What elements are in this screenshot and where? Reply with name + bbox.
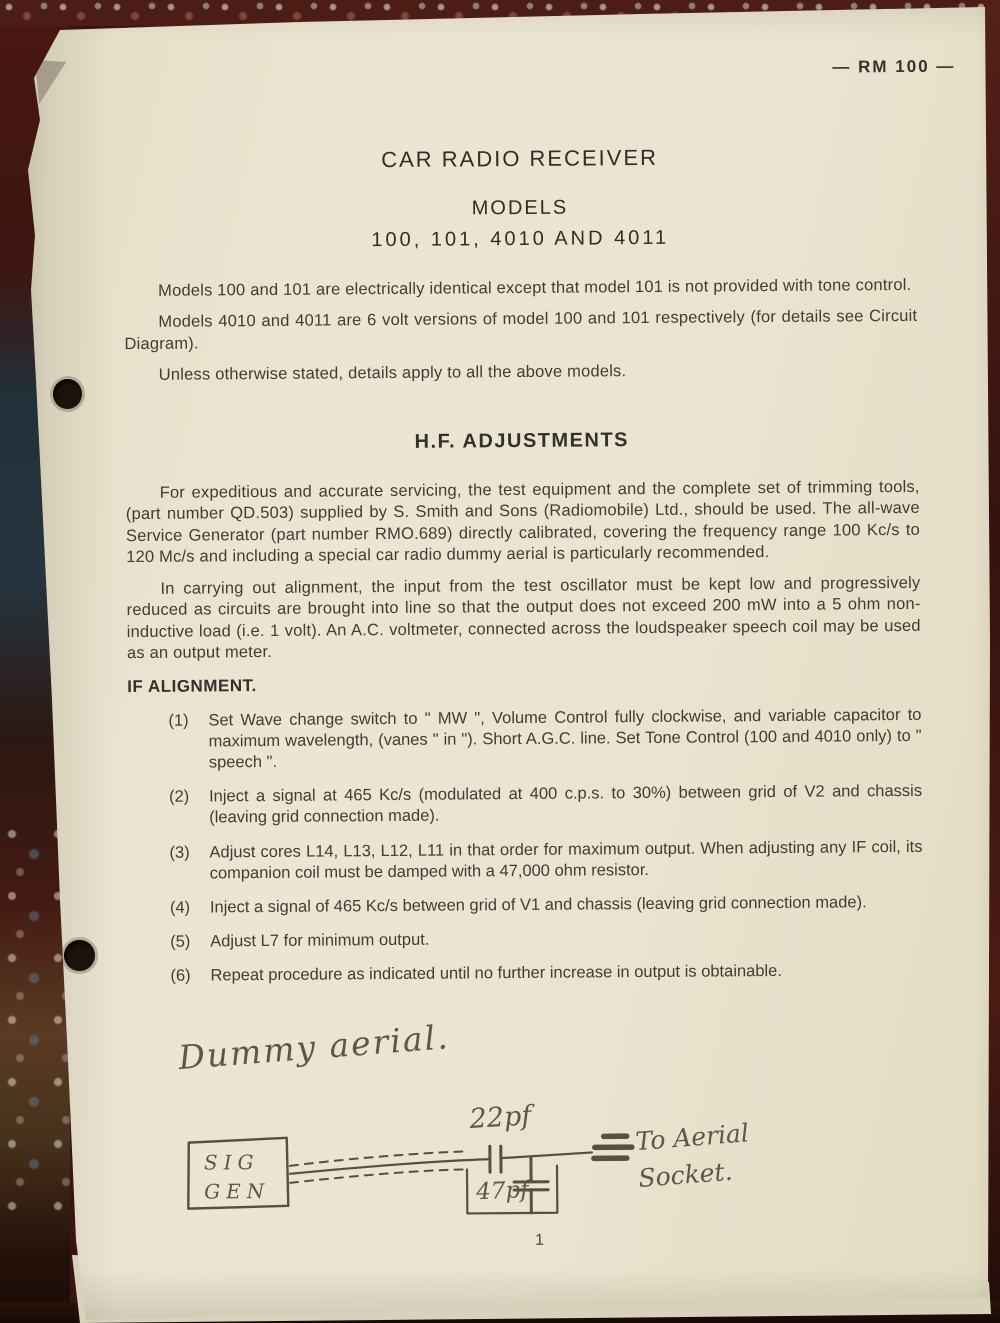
step-text: Repeat procedure as indicated until no f… xyxy=(210,960,923,987)
document-page: — RM 100 — CAR RADIO RECEIVER MODELS 100… xyxy=(0,0,1000,1323)
step-text: Adjust cores L14, L13, L12, L11 in that … xyxy=(209,836,922,884)
page-content: — RM 100 — CAR RADIO RECEIVER MODELS 100… xyxy=(0,0,1000,1323)
models-heading: MODELS xyxy=(123,194,916,223)
wire-to-plug xyxy=(501,1152,592,1158)
dashed-wire-upper xyxy=(290,1151,464,1165)
destination-label: To Aerial Socket. xyxy=(634,1114,753,1197)
sig-gen-line: SIG xyxy=(204,1148,270,1178)
series-capacitor-icon xyxy=(490,1146,501,1172)
intro-paragraph: Models 4010 and 4011 are 6 volt versions… xyxy=(124,306,917,355)
series-capacitor-value: 22pf xyxy=(469,1100,532,1135)
step-text: Inject a signal of 465 Kc/s between grid… xyxy=(210,892,923,919)
alignment-steps-list: (1) Set Wave change switch to " MW ", Vo… xyxy=(168,705,923,1000)
step-text: Set Wave change switch to " MW ", Volume… xyxy=(208,705,921,774)
list-item: (2) Inject a signal at 465 Kc/s (modulat… xyxy=(169,781,922,829)
subsection-heading-if-alignment: IF ALIGNMENT. xyxy=(127,676,257,697)
introduction-paragraphs: Models 100 and 101 are electrically iden… xyxy=(124,275,918,397)
hf-paragraph: For expeditious and accurate servicing, … xyxy=(126,477,921,569)
list-item: (3) Adjust cores L14, L13, L12, L11 in t… xyxy=(169,836,922,884)
step-number: (4) xyxy=(170,897,210,918)
step-number: (6) xyxy=(170,965,210,986)
aerial-plug-icon xyxy=(594,1136,632,1158)
photo-of-service-manual-page: — RM 100 — CAR RADIO RECEIVER MODELS 100… xyxy=(0,0,1000,1323)
step-number: (3) xyxy=(169,842,209,885)
models-list: 100, 101, 4010 AND 4011 xyxy=(124,225,917,254)
list-item: (6) Repeat procedure as indicated until … xyxy=(170,960,923,987)
step-number: (5) xyxy=(170,931,210,952)
page-number: 1 xyxy=(509,1232,569,1250)
list-item: (4) Inject a signal of 465 Kc/s between … xyxy=(170,892,923,919)
shunt-capacitor-value: 47pf xyxy=(476,1177,530,1205)
handwritten-caption: Dummy aerial. xyxy=(177,1017,451,1077)
hf-adjustments-paragraphs: For expeditious and accurate servicing, … xyxy=(126,477,921,675)
step-number: (1) xyxy=(168,710,208,774)
sig-gen-line: GEN xyxy=(204,1177,270,1207)
page-title: CAR RADIO RECEIVER xyxy=(123,143,916,175)
hf-paragraph: In carrying out alignment, the input fro… xyxy=(126,573,921,665)
list-item: (5) Adjust L7 for minimum output. xyxy=(170,926,923,953)
list-item: (1) Set Wave change switch to " MW ", Vo… xyxy=(168,705,921,774)
document-reference: — RM 100 — xyxy=(655,57,955,79)
step-number: (2) xyxy=(169,787,209,830)
step-text: Adjust L7 for minimum output. xyxy=(210,926,923,953)
intro-paragraph: Models 100 and 101 are electrically iden… xyxy=(124,275,917,303)
intro-paragraph: Unless otherwise stated, details apply t… xyxy=(125,359,918,387)
section-heading-hf-adjustments: H.F. ADJUSTMENTS xyxy=(125,427,918,456)
signal-generator-label: SIG GEN xyxy=(204,1148,271,1207)
step-text: Inject a signal at 465 Kc/s (modulated a… xyxy=(209,781,922,829)
